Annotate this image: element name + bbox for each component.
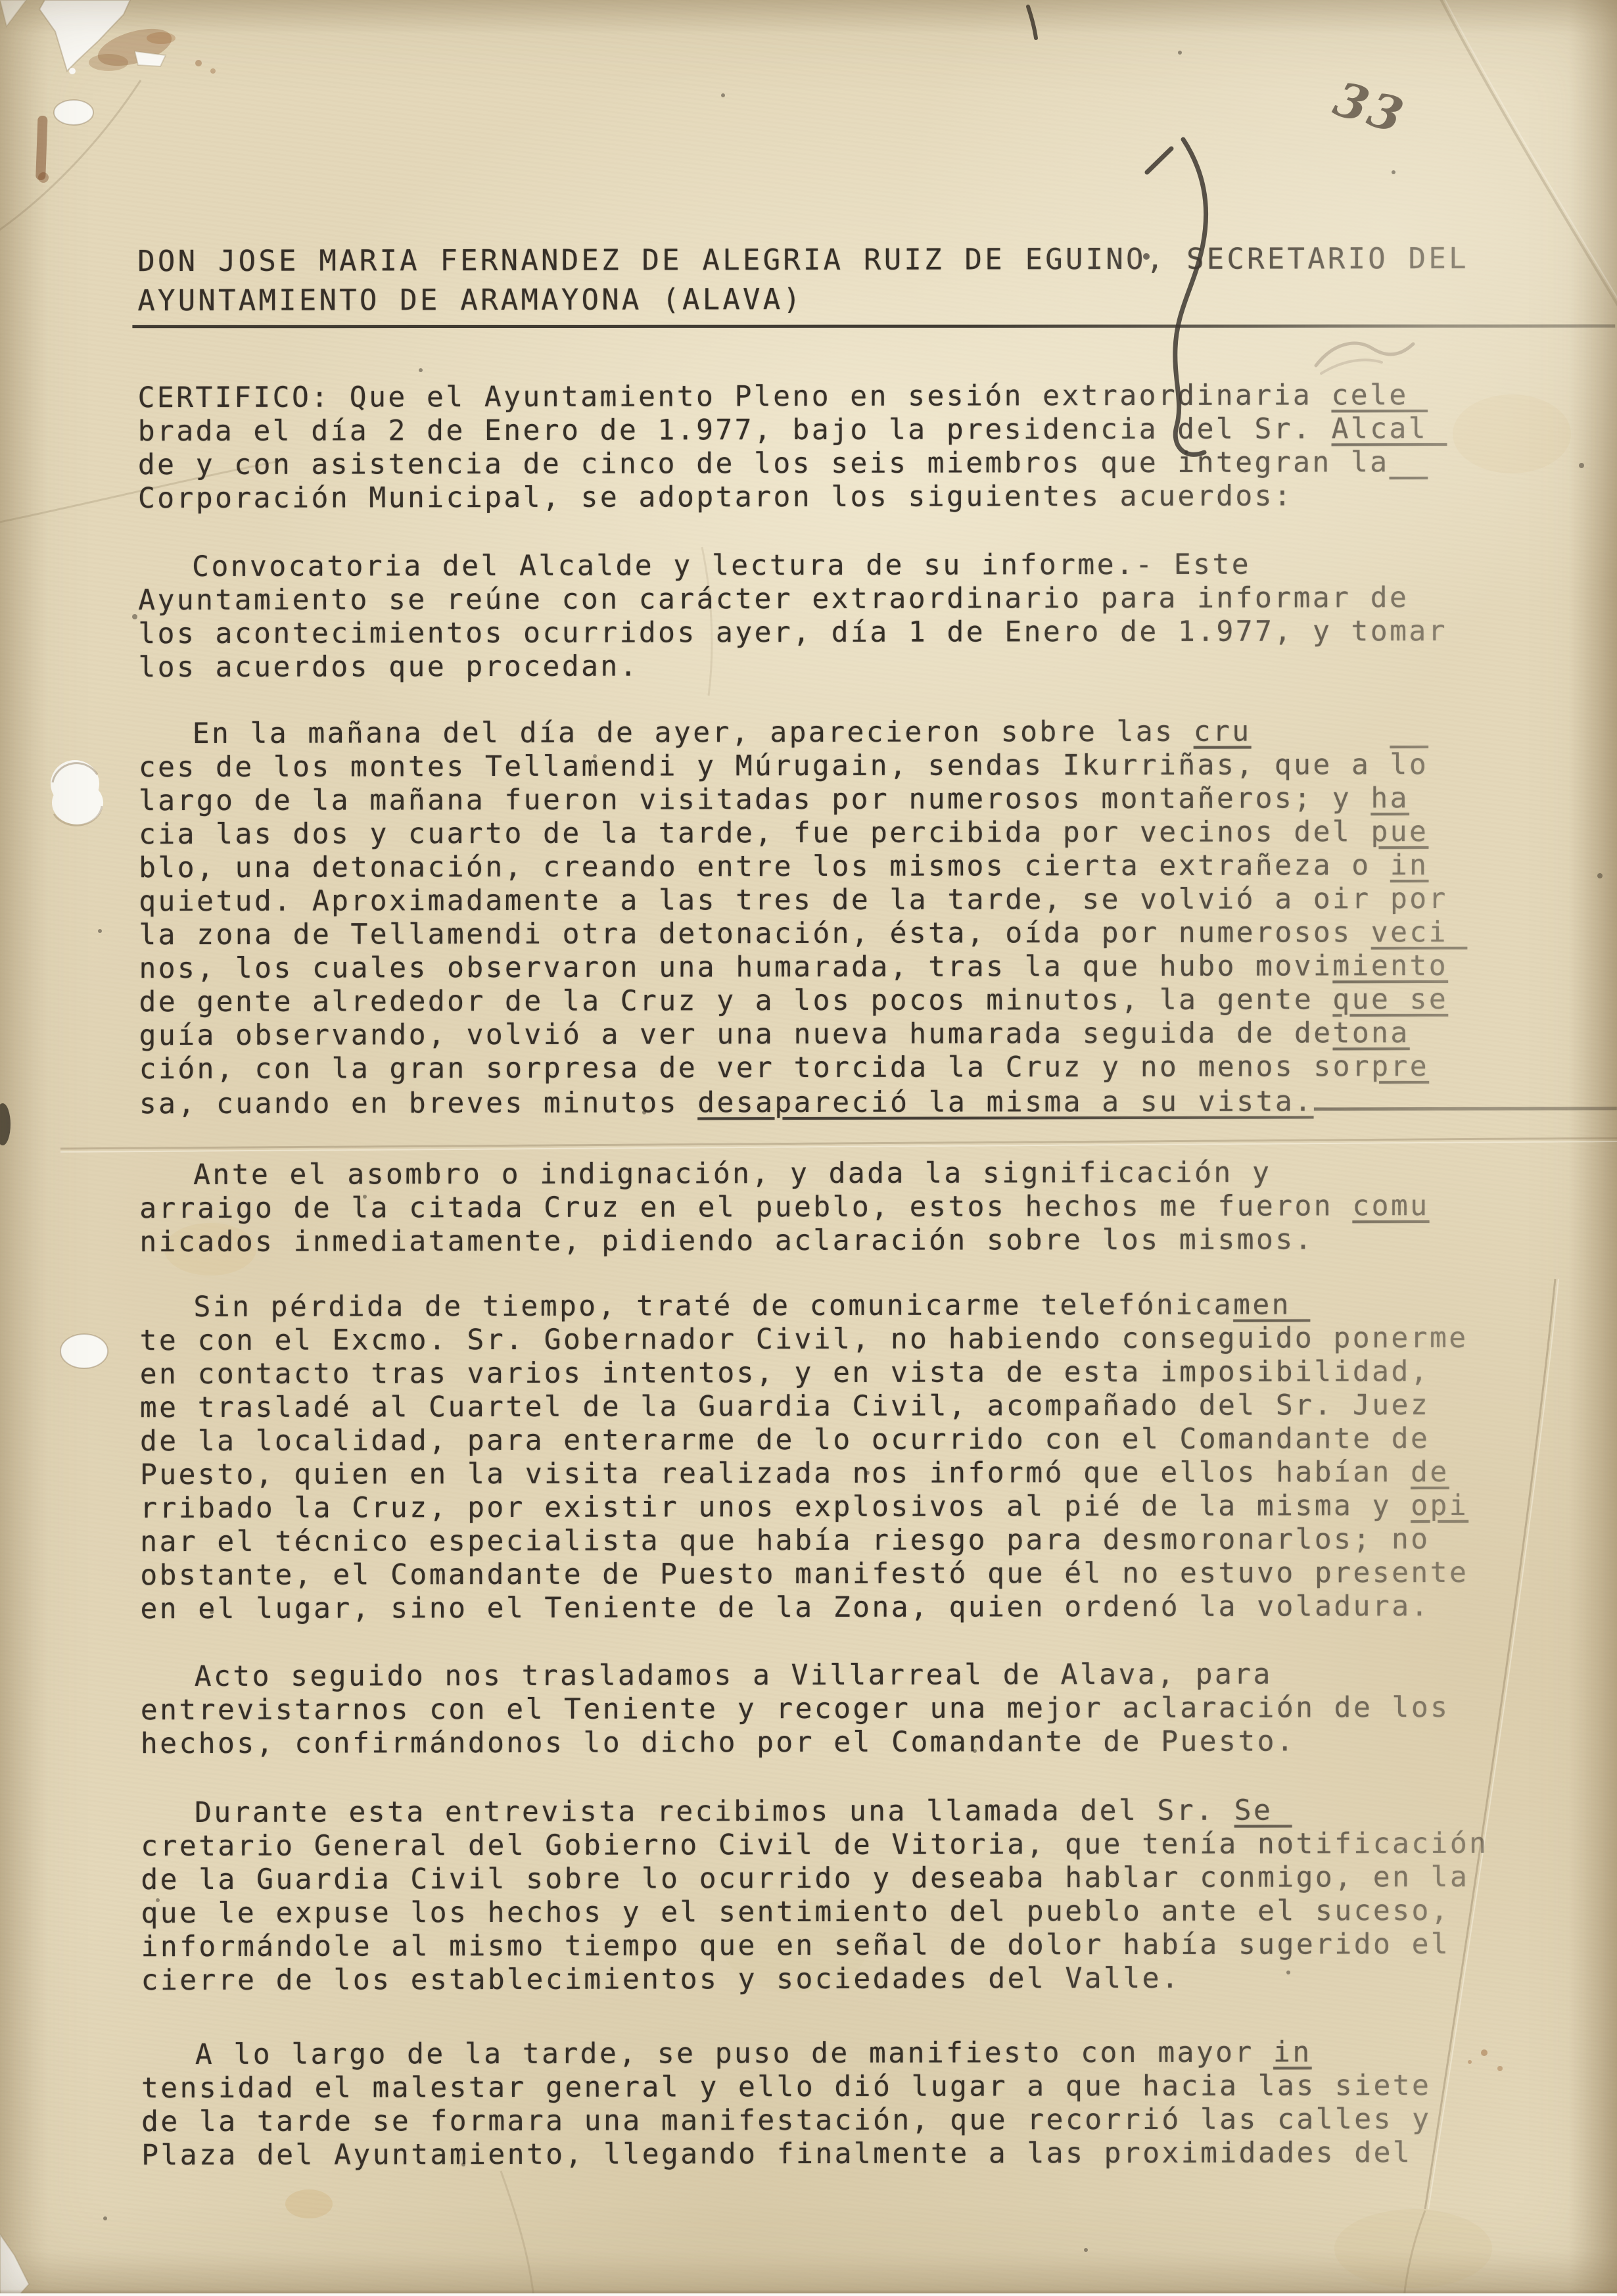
text-segment: men [1233, 1288, 1310, 1321]
text-segment: pue [1371, 815, 1428, 848]
doc-line: Durante esta entrevista recibimos una ll… [141, 1794, 1488, 1830]
text-segment: Corporación Municipal, se adoptaron los … [138, 479, 1293, 515]
doc-line: de la tarde se formara una manifestación… [141, 2103, 1431, 2139]
doc-line: ción, con la gran sorpresa de ver torcid… [139, 1049, 1617, 1086]
text-segment: en contacto tras varios intentos, y en v… [140, 1355, 1430, 1391]
text-segment: que le expuse los hechos y el sentimient… [141, 1894, 1450, 1930]
paragraph: Sin pérdida de tiempo, traté de comunica… [139, 1288, 1468, 1626]
doc-line: sa, cuando en breves minutos desapareció… [139, 1083, 1617, 1120]
doc-line: entrevistarnos con el Teniente y recoger… [141, 1691, 1450, 1727]
text-segment: cierre de los establecimientos y socieda… [141, 1962, 1181, 1997]
text-segment: te con el Excmo. Sr. Gobernador Civil, n… [140, 1322, 1468, 1357]
text-segment: rribado la Cruz, por existir unos explos… [140, 1489, 1411, 1525]
text-segment: los acontecimientos ocurridos ayer, día … [138, 615, 1447, 650]
text-segment: de la localidad, para enterarme de lo oc… [140, 1422, 1430, 1458]
doc-line: de la Guardia Civil sobre lo ocurrido y … [141, 1861, 1488, 1897]
doc-line: rribado la Cruz, por existir unos explos… [140, 1489, 1468, 1525]
doc-line: de gente alrededor de la Cruz y a los po… [139, 982, 1617, 1019]
paragraph: Durante esta entrevista recibimos una ll… [141, 1794, 1489, 1997]
doc-line: los acontecimientos ocurridos ayer, día … [138, 615, 1447, 651]
text-segment: de la tarde se formara una manifestación… [141, 2103, 1431, 2138]
text-segment: de la Guardia Civil sobre lo ocurrido y … [141, 1861, 1469, 1896]
text-segment: in [1390, 849, 1429, 882]
text-segment: pre [1371, 1050, 1429, 1083]
text-segment: quietud. Aproximadamente a las tres de l… [139, 882, 1448, 918]
text-segment: cretario General del Gobierno Civil de V… [141, 1827, 1488, 1863]
doc-line: cia las dos y cuarto de la tarde, fue pe… [139, 815, 1617, 851]
text-segment: me trasladé al Cuartel de la Guardia Civ… [140, 1389, 1430, 1424]
text-segment: de [1411, 1456, 1449, 1489]
text-segment: brada el día 2 de Enero de 1.977, bajo l… [138, 412, 1332, 448]
text-segment: opi [1411, 1489, 1468, 1522]
doc-line: nicados inmediatamente, pidiendo aclarac… [139, 1223, 1429, 1259]
doc-line: nos, los cuales observaron una humarada,… [139, 949, 1617, 986]
doc-line: Plaza del Ayuntamiento, llegando finalme… [141, 2136, 1431, 2172]
text-segment: Sin pérdida de tiempo, traté de comunica… [193, 1289, 1233, 1324]
text-segment: En la mañana del día de ayer, apareciero… [193, 715, 1194, 750]
text-segment: entrevistarnos con el Teniente y recoger… [141, 1691, 1450, 1727]
text-segment: guía observando, volvió a ver una nueva … [139, 1016, 1333, 1052]
doc-line: guía observando, volvió a ver una nueva … [139, 1016, 1617, 1053]
paragraph: En la mañana del día de ayer, apareciero… [139, 714, 1617, 1120]
text-segment: tona [1332, 1016, 1409, 1049]
text-segment: miento [1332, 949, 1448, 982]
text-segment: los acuerdos que procedan. [138, 650, 639, 684]
doc-line: cierre de los establecimientos y socieda… [141, 1961, 1489, 1997]
text-segment: in [1273, 2036, 1312, 2069]
text-segment: Convocatoria del Alcalde y lectura de su… [192, 548, 1251, 583]
text-segment: comu [1352, 1189, 1429, 1222]
document-body: CERTIFICO: Que el Ayuntamiento Pleno en … [0, 0, 1614, 2]
doc-line: de y con asistencia de cinco de los seis… [138, 446, 1447, 482]
doc-line: Ayuntamiento se reúne con carácter extra… [138, 581, 1447, 617]
text-segment: ces de los montes Tellamendi y Múrugain,… [139, 748, 1390, 784]
header-line: DON JOSE MARIA FERNANDEZ DE ALEGRIA RUIZ… [137, 239, 1469, 281]
text-segment: Acto seguido nos trasladamos a Villarrea… [195, 1658, 1273, 1693]
text-segment: sa, cuando en breves minutos [139, 1086, 697, 1120]
doc-line: hechos, confirmándonos lo dicho por el C… [141, 1725, 1450, 1761]
typewritten-text-layer: DON JOSE MARIA FERNANDEZ DE ALEGRIA RUIZ… [0, 0, 1617, 2296]
doc-line: los acuerdos que procedan. [138, 648, 1447, 684]
text-segment: cru [1194, 715, 1252, 748]
text-segment: la zona de Tellamendi otra detonación, é… [139, 916, 1371, 951]
doc-line: nar el técnico especialista que había ri… [140, 1523, 1468, 1559]
doc-line: Convocatoria del Alcalde y lectura de su… [138, 548, 1447, 584]
text-segment: informándole al mismo tiempo que en seña… [141, 1928, 1450, 1963]
text-segment: lo [1390, 748, 1428, 781]
doc-line: informándole al mismo tiempo que en seña… [141, 1928, 1488, 1964]
text-segment: Ayuntamiento se reúne con carácter extra… [138, 581, 1409, 617]
doc-line: tensidad el malestar general y ello dió … [141, 2069, 1431, 2105]
doc-line: te con el Excmo. Sr. Gobernador Civil, n… [140, 1322, 1468, 1358]
doc-line: en contacto tras varios intentos, y en v… [140, 1355, 1468, 1391]
text-segment: cele [1331, 379, 1428, 412]
text-segment: en el lugar, sino el Teniente de la Zona… [140, 1590, 1430, 1625]
text-segment: Ante el asombro o indignación, y dada la… [193, 1157, 1271, 1191]
text-segment [1389, 446, 1428, 479]
doc-line: En la mañana del día de ayer, apareciero… [139, 714, 1617, 751]
text-segment: veci [1371, 916, 1468, 949]
text-segment: ha [1371, 782, 1409, 815]
doc-line: la zona de Tellamendi otra detonación, é… [139, 915, 1617, 952]
paragraph: Ante el asombro o indignación, y dada la… [139, 1156, 1430, 1259]
text-segment: nicados inmediatamente, pidiendo aclarac… [139, 1223, 1314, 1258]
header-line: AYUNTAMIENTO DE ARAMAYONA (ALAVA) [137, 279, 1469, 321]
doc-line: quietud. Aproximadamente a las tres de l… [139, 882, 1617, 919]
text-segment: nos, los cuales observaron una humarada,… [139, 949, 1332, 985]
text-segment: cia las dos y cuarto de la tarde, fue pe… [139, 815, 1371, 851]
doc-line: cretario General del Gobierno Civil de V… [141, 1827, 1488, 1863]
doc-line: Acto seguido nos trasladamos a Villarrea… [141, 1658, 1450, 1694]
doc-line: CERTIFICO: Que el Ayuntamiento Pleno en … [138, 379, 1447, 415]
doc-line: en el lugar, sino el Teniente de la Zona… [140, 1590, 1468, 1626]
doc-line: A lo largo de la tarde, se puso de manif… [141, 2036, 1431, 2072]
text-segment: Plaza del Ayuntamiento, llegando finalme… [141, 2136, 1412, 2172]
doc-line: obstante, el Comandante de Puesto manife… [140, 1556, 1468, 1592]
doc-line: Ante el asombro o indignación, y dada la… [139, 1156, 1429, 1192]
text-segment: de gente alrededor de la Cruz y a los po… [139, 983, 1332, 1018]
text-segment: largo de la mañana fueron visitadas por … [139, 782, 1371, 817]
text-segment: CERTIFICO: Que el Ayuntamiento Pleno en … [138, 379, 1332, 414]
doc-line: Sin pérdida de tiempo, traté de comunica… [139, 1288, 1468, 1324]
text-segment: arraigo de la citada Cruz en el pueblo, … [139, 1189, 1352, 1225]
text-segment: de y con asistencia de cinco de los seis… [138, 446, 1390, 481]
text-segment: A lo largo de la tarde, se puso de manif… [195, 2036, 1273, 2071]
text-segment: nar el técnico especialista que había ri… [140, 1523, 1430, 1558]
header-underline-rule [132, 324, 1615, 328]
paragraph: CERTIFICO: Que el Ayuntamiento Pleno en … [138, 379, 1447, 515]
doc-line: de la localidad, para enterarme de lo oc… [140, 1422, 1468, 1458]
doc-line: arraigo de la citada Cruz en el pueblo, … [139, 1189, 1429, 1226]
text-segment: hechos, confirmándonos lo dicho por el C… [141, 1725, 1296, 1760]
text-segment: Alcal [1332, 412, 1447, 445]
scanned-document-page: DON JOSE MARIA FERNANDEZ DE ALEGRIA RUIZ… [0, 0, 1617, 2296]
text-segment: que se [1332, 983, 1448, 1016]
text-segment: Se [1234, 1794, 1292, 1827]
doc-line: Puesto, quien en la visita realizada nos… [140, 1456, 1468, 1492]
document-header: DON JOSE MARIA FERNANDEZ DE ALEGRIA RUIZ… [137, 239, 1469, 321]
text-segment: Durante esta entrevista recibimos una ll… [195, 1794, 1234, 1829]
text-segment: desapareció la misma a su vista. [697, 1085, 1313, 1119]
underline-extension [1313, 1083, 1617, 1111]
text-segment: blo, una detonación, creando entre los m… [139, 849, 1390, 884]
doc-line: Corporación Municipal, se adoptaron los … [138, 479, 1447, 515]
paragraph: Convocatoria del Alcalde y lectura de su… [138, 548, 1447, 684]
text-segment: ción, con la gran sorpresa de ver torcid… [139, 1050, 1372, 1086]
doc-line: me trasladé al Cuartel de la Guardia Civ… [140, 1389, 1468, 1425]
doc-line: blo, una detonación, creando entre los m… [139, 848, 1617, 885]
paper-bottom-edge [0, 2289, 1617, 2296]
doc-line: brada el día 2 de Enero de 1.977, bajo l… [138, 412, 1447, 448]
text-segment: obstante, el Comandante de Puesto manife… [140, 1556, 1468, 1592]
paragraph: Acto seguido nos trasladamos a Villarrea… [141, 1658, 1450, 1761]
paragraph: A lo largo de la tarde, se puso de manif… [141, 2036, 1432, 2172]
text-segment: tensidad el malestar general y ello dió … [141, 2069, 1431, 2105]
doc-line: que le expuse los hechos y el sentimient… [141, 1894, 1488, 1930]
doc-line: largo de la mañana fueron visitadas por … [139, 781, 1617, 818]
text-segment: Puesto, quien en la visita realizada nos… [140, 1456, 1411, 1491]
doc-line: ces de los montes Tellamendi y Múrugain,… [139, 748, 1617, 784]
